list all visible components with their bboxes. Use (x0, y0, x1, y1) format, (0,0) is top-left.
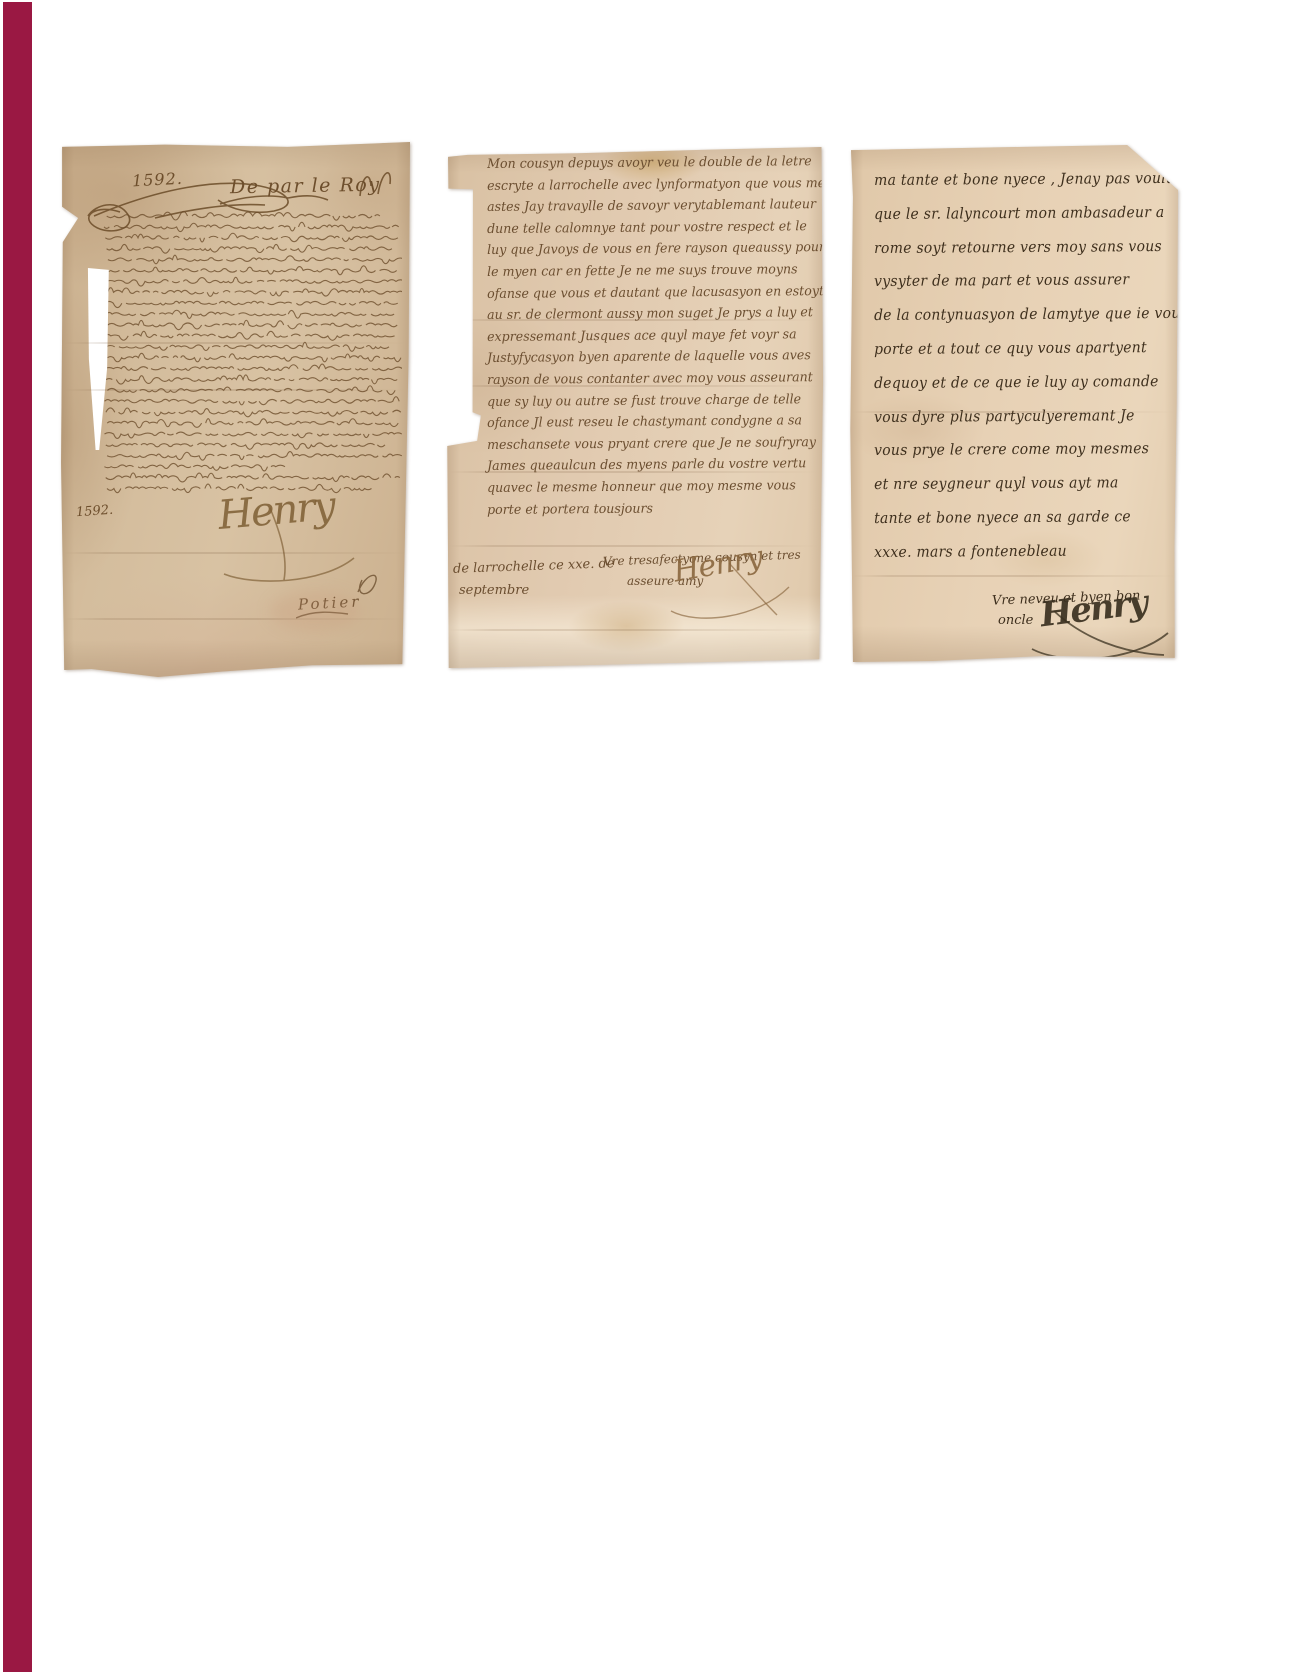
script-line: porte et a tout ce quy vous apartyent (874, 338, 1147, 358)
manuscript-letter-fontainebleau: ma tante et bone nyece , Jenay pas voulu… (850, 145, 1178, 662)
script-line: astes Jay travaylle de savoyr verytablem… (487, 197, 816, 215)
script-line: ofanse que vous et dautant que lacusasyo… (487, 284, 824, 302)
paper-sheet: Mon cousyn depuys avoyr veu le double de… (445, 147, 823, 668)
signature-henry: Henry (216, 483, 336, 539)
letter-heading: De par le Roy (230, 174, 381, 199)
accent-bar (3, 2, 32, 1672)
paper-sheet: 1592. De par le Roy 1592. Henry Potier (60, 142, 410, 677)
script-line: xxxe. mars a fontenebleau (874, 541, 1067, 560)
script-line: et nre seygneur quyl vous ayt ma (874, 473, 1119, 493)
script-line: le myen car en fette Je ne me suys trouv… (487, 262, 798, 280)
footer-date: 1592. (76, 503, 114, 521)
script-line: meschansete vous pryant crere que Je ne … (487, 435, 816, 453)
script-line: dequoy et de ce que ie luy ay comande (874, 372, 1159, 392)
letter-body: Mon cousyn depuys avoyr veu le double de… (487, 147, 813, 668)
fold-crease (64, 618, 407, 620)
script-line: dune telle calomnye tant pour vostre res… (487, 219, 807, 237)
script-line: vysyter de ma part et vous assurer (874, 271, 1129, 291)
script-line: tante et bone nyece an sa garde ce (874, 507, 1131, 527)
script-line: James queaulcun des myens parle du vostr… (487, 457, 806, 475)
script-line: que le sr. lalyncourt mon ambasadeur a (874, 203, 1165, 223)
script-line: Mon cousyn depuys avoyr veu le double de… (487, 154, 812, 172)
script-line: quavec le mesme honneur que moy mesme vo… (487, 478, 796, 496)
script-line: au sr. de clermont aussy mon suget Je pr… (487, 305, 813, 323)
script-line: expressemant Jusques ace quyl maye fet v… (487, 327, 797, 345)
manuscript-royal-letter-1592: 1592. De par le Roy 1592. Henry Potier (60, 142, 410, 677)
date-heading: 1592. (132, 169, 184, 191)
script-line: luy que Javoys de vous en fere rayson qu… (487, 240, 825, 258)
script-line: vous dyre plus partyculyeremant Je (874, 406, 1135, 426)
script-line: ma tante et bone nyece , Jenay pas voulu (874, 169, 1175, 189)
script-line: porte et portera tousjours (487, 501, 653, 517)
dateline-month: septembre (459, 583, 529, 598)
script-line: escryte a larrochelle avec lynformatyon … (487, 175, 855, 193)
catalog-page: 1592. De par le Roy 1592. Henry Potier (0, 0, 1301, 1672)
dense-script-body (102, 208, 402, 503)
script-line: rome soyt retourne vers moy sans vous (874, 237, 1162, 257)
countersignature-potier: Potier (298, 592, 362, 613)
script-line: ofance Jl eust reseu le chastymant condy… (487, 413, 802, 431)
script-line: rayson de vous contanter avec moy vous a… (487, 370, 813, 388)
script-line: que sy luy ou autre se fust trouve charg… (487, 392, 801, 410)
script-line: Justyfycasyon byen aparente de laquelle … (487, 349, 811, 367)
fold-crease (64, 552, 407, 554)
script-line: de la contynuasyon de lamytye que ie vou… (874, 304, 1188, 324)
paper-sheet: ma tante et bone nyece , Jenay pas voulu… (850, 145, 1178, 662)
valediction-line-2: oncle (998, 613, 1033, 628)
manuscript-letter-la-rochelle: Mon cousyn depuys avoyr veu le double de… (445, 147, 823, 668)
script-line: vous prye le crere come moy mesmes (874, 439, 1149, 459)
